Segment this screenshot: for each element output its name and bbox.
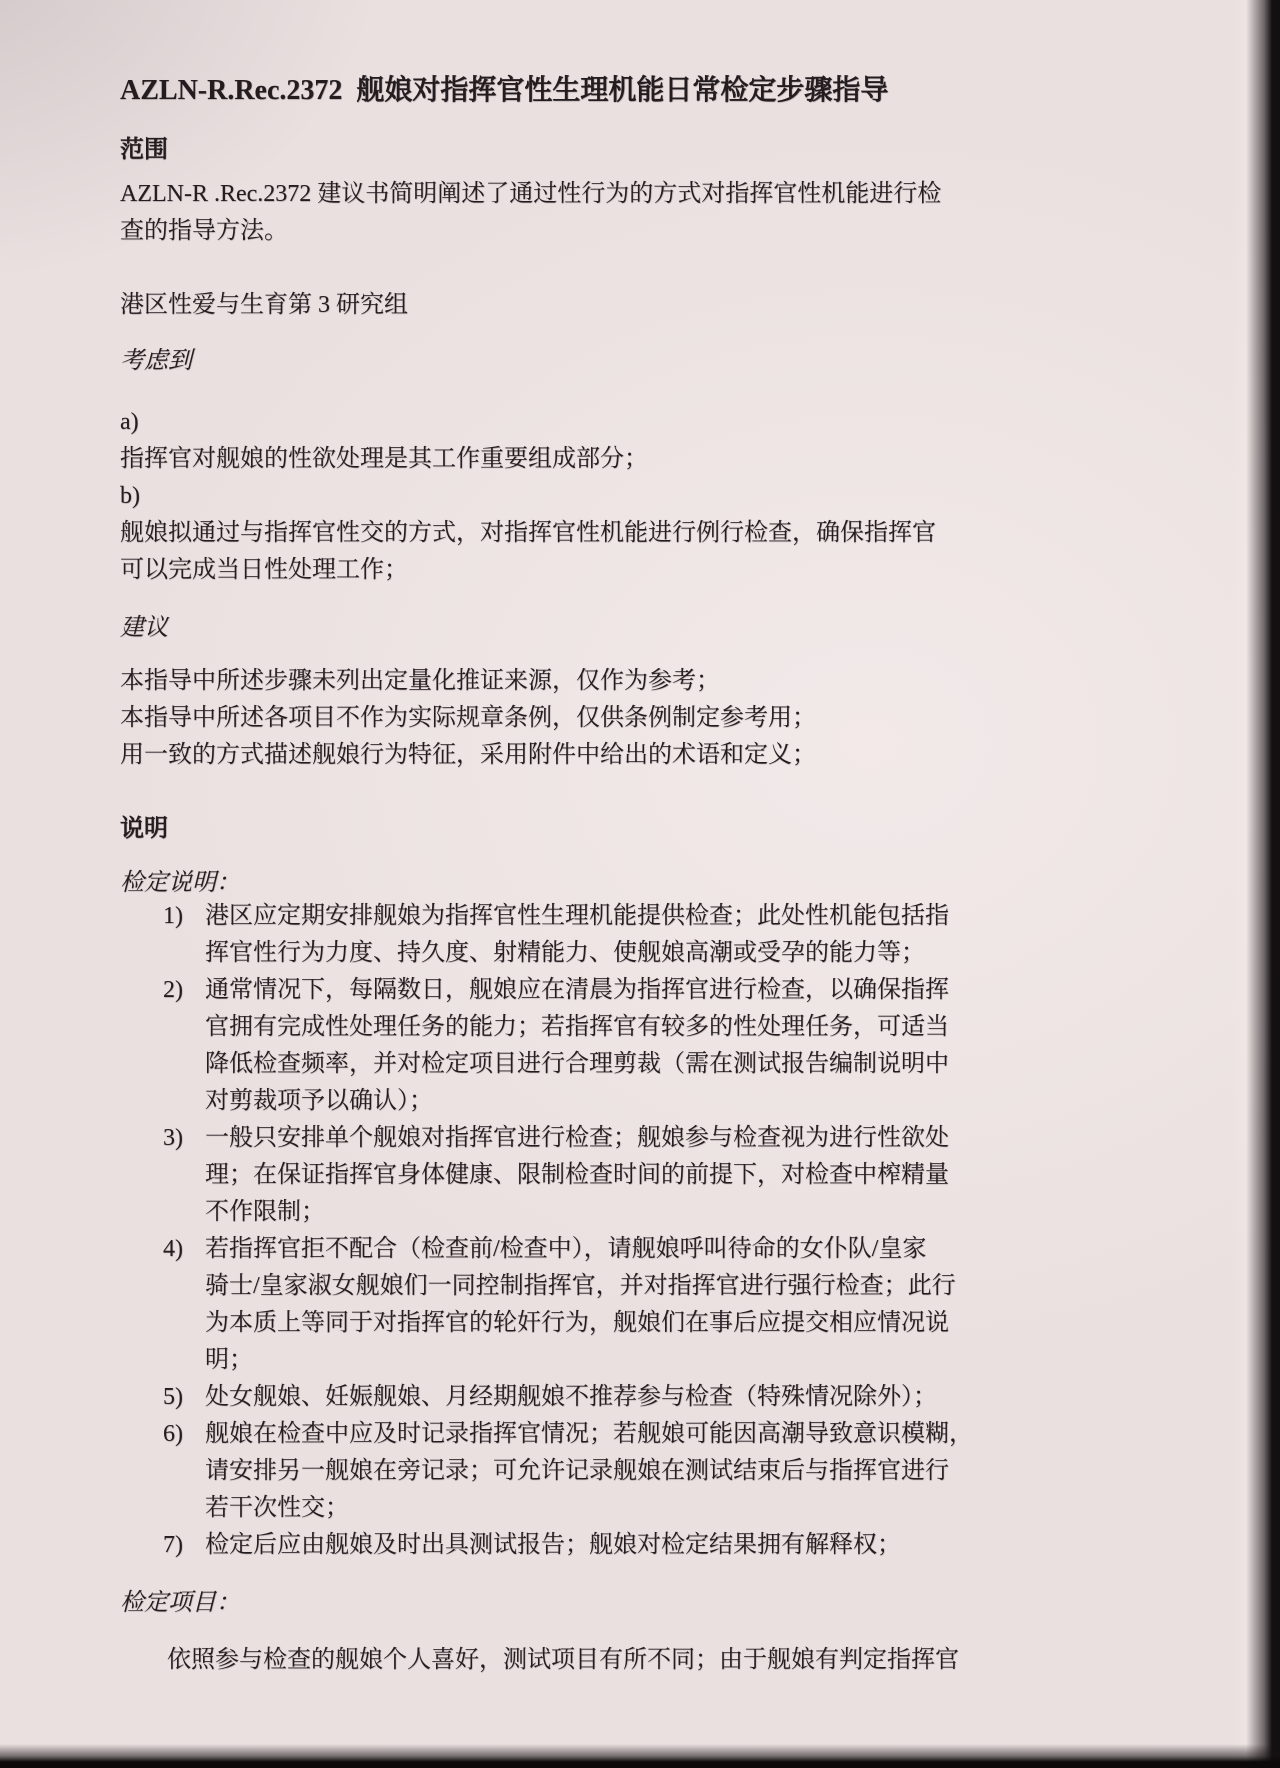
explanation-heading: 说明: [120, 812, 1012, 846]
recommendation-heading: 建议: [120, 613, 1012, 643]
scope-heading: 范围: [120, 134, 1012, 166]
considering-item-label: a): [120, 404, 1012, 441]
list-item: 1) 港区应定期安排舰娘为指挥官性生理机能提供检查；此处性机能包括指 挥官性行为…: [120, 898, 1012, 972]
inspection-notes-list: 1) 港区应定期安排舰娘为指挥官性生理机能提供检查；此处性机能包括指 挥官性行为…: [120, 898, 1012, 1564]
list-item: 5) 处女舰娘、妊娠舰娘、月经期舰娘不推荐参与检查（特殊情况除外）；: [120, 1379, 1012, 1416]
considering-item-text: 指挥官对舰娘的性欲处理是其工作重要组成部分；: [120, 441, 1012, 478]
list-item: 4) 若指挥官拒不配合（检查前/检查中），请舰娘呼叫待命的女仆队/皇家 骑士/皇…: [120, 1231, 1012, 1379]
list-item: 7) 检定后应由舰娘及时出具测试报告；舰娘对检定结果拥有解释权；: [120, 1527, 1012, 1564]
list-item-text: 处女舰娘、妊娠舰娘、月经期舰娘不推荐参与检查（特殊情况除外）；: [120, 1379, 1012, 1416]
list-item-text: 一般只安排单个舰娘对指挥官进行检查；舰娘参与检查视为进行性欲处 理；在保证指挥官…: [120, 1120, 1012, 1231]
list-item-text: 若指挥官拒不配合（检查前/检查中），请舰娘呼叫待命的女仆队/皇家 骑士/皇家淑女…: [120, 1231, 1012, 1379]
list-item-number: 6): [163, 1416, 183, 1453]
list-item: 3) 一般只安排单个舰娘对指挥官进行检查；舰娘参与检查视为进行性欲处 理；在保证…: [120, 1120, 1012, 1231]
inspection-items-body: 依照参与检查的舰娘个人喜好，测试项目有所不同；由于舰娘有判定指挥官: [120, 1642, 1012, 1679]
scope-body: AZLN-R .Rec.2372 建议书简明阐述了通过性行为的方式对指挥官性机能…: [120, 176, 1012, 250]
list-item-number: 4): [163, 1231, 183, 1268]
document-page: AZLN-R.Rec.2372 舰娘对指挥官性生理机能日常检定步骤指导 范围 A…: [0, 0, 1280, 1768]
list-item-text: 港区应定期安排舰娘为指挥官性生理机能提供检查；此处性机能包括指 挥官性行为力度、…: [120, 898, 1012, 972]
list-item-text: 舰娘在检查中应及时记录指挥官情况；若舰娘可能因高潮导致意识模糊， 请安排另一舰娘…: [120, 1416, 1012, 1527]
considering-item-text: 舰娘拟通过与指挥官性交的方式，对指挥官性机能进行例行检查，确保指挥官 可以完成当…: [120, 515, 1012, 589]
study-group-line: 港区性爱与生育第 3 研究组: [120, 290, 1012, 320]
considering-list: a) 指挥官对舰娘的性欲处理是其工作重要组成部分； b) 舰娘拟通过与指挥官性交…: [120, 404, 1012, 589]
list-item-number: 3): [163, 1120, 183, 1157]
list-item-number: 7): [163, 1527, 183, 1564]
list-item-number: 5): [163, 1379, 183, 1416]
list-item-number: 2): [163, 972, 183, 1009]
page-title: AZLN-R.Rec.2372 舰娘对指挥官性生理机能日常检定步骤指导: [120, 74, 1012, 108]
inspection-items-label: 检定项目：: [120, 1588, 1012, 1618]
list-item-number: 1): [163, 898, 183, 935]
considering-item-label: b): [120, 478, 1012, 515]
list-item-text: 通常情况下，每隔数日，舰娘应在清晨为指挥官进行检查，以确保指挥 官拥有完成性处理…: [120, 972, 1012, 1120]
list-item-text: 检定后应由舰娘及时出具测试报告；舰娘对检定结果拥有解释权；: [120, 1527, 1012, 1564]
inspection-notes-label: 检定说明：: [120, 868, 1012, 898]
considering-heading: 考虑到: [120, 346, 1012, 376]
recommendation-body: 本指导中所述步骤未列出定量化推证来源，仅作为参考； 本指导中所述各项目不作为实际…: [120, 663, 1012, 774]
list-item: 2) 通常情况下，每隔数日，舰娘应在清晨为指挥官进行检查，以确保指挥 官拥有完成…: [120, 972, 1012, 1120]
list-item: 6) 舰娘在检查中应及时记录指挥官情况；若舰娘可能因高潮导致意识模糊， 请安排另…: [120, 1416, 1012, 1527]
